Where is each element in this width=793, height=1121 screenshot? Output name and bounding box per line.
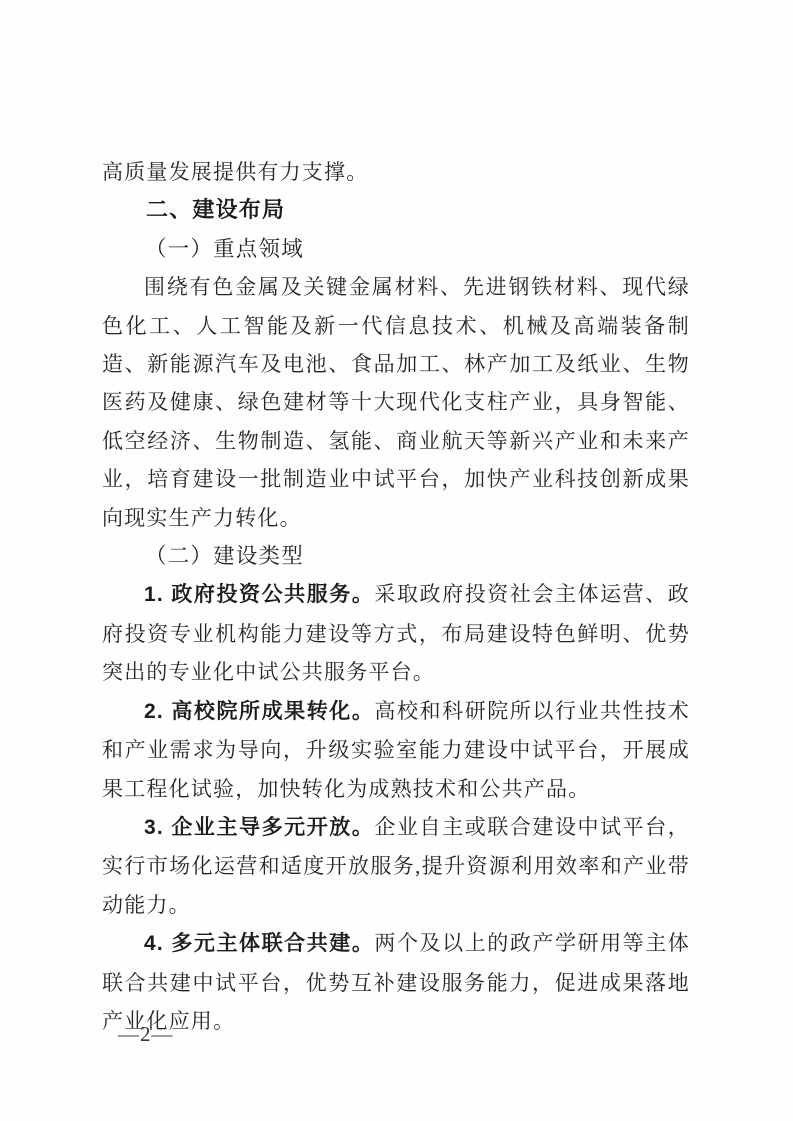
type-item-4: 4. 多元主体联合共建。两个及以上的政产学研用等主体联合共建中试平台，优势互补建… <box>102 924 690 1040</box>
document-body: 高质量发展提供有力支撑。 二、建设布局 （一）重点领域 围绕有色金属及关键金属材… <box>102 153 690 1040</box>
subsection-heading-key-areas: （一）重点领域 <box>102 230 690 268</box>
continuation-paragraph: 高质量发展提供有力支撑。 <box>102 153 690 191</box>
type-item-2-lead: 2. 高校院所成果转化。 <box>144 700 374 723</box>
type-item-4-lead: 4. 多元主体联合共建。 <box>144 932 374 955</box>
type-item-3-lead: 3. 企业主导多元开放。 <box>144 816 374 839</box>
type-item-1-lead: 1. 政府投资公共服务。 <box>144 583 374 606</box>
document-page: 高质量发展提供有力支撑。 二、建设布局 （一）重点领域 围绕有色金属及关键金属材… <box>0 0 793 1121</box>
type-item-1: 1. 政府投资公共服务。采取政府投资社会主体运营、政府投资专业机构能力建设等方式… <box>102 575 690 691</box>
type-item-2: 2. 高校院所成果转化。高校和科研院所以行业共性技术和产业需求为导向，升级实验室… <box>102 692 690 808</box>
key-areas-paragraph: 围绕有色金属及关键金属材料、先进钢铁材料、现代绿色化工、人工智能及新一代信息技术… <box>102 268 690 537</box>
page-number: —2— <box>118 1022 174 1047</box>
section-heading: 二、建设布局 <box>102 191 690 229</box>
subsection-heading-construction-types: （二）建设类型 <box>102 537 690 575</box>
type-item-3: 3. 企业主导多元开放。企业自主或联合建设中试平台，实行市场化运营和适度开放服务… <box>102 808 690 924</box>
